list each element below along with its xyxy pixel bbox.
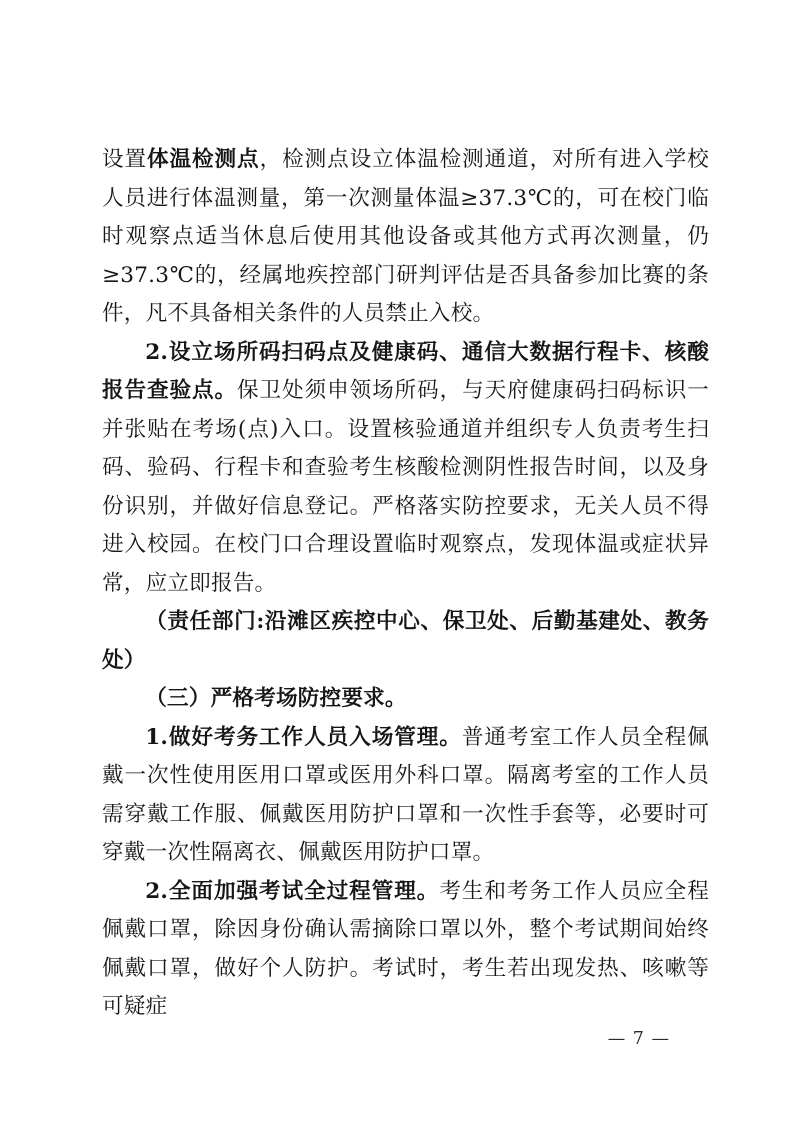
para-temperature-checkpoint: 设置体温检测点，检测点设立体温检测通道，对所有进入学校人员进行体温测量，第一次测…	[102, 141, 709, 334]
text-run: ，检测点设立体温检测通道，对所有进入学校人员进行体温测量，第一次测量体温≥37.…	[102, 147, 709, 326]
para-staff-entry-management: 1.做好考务工作人员入场管理。普通考室工作人员全程佩戴一次性使用医用口罩或医用外…	[102, 719, 709, 873]
para-section-three-heading: （三）严格考场防控要求。	[102, 680, 709, 719]
text-run: 设置	[102, 147, 147, 172]
text-run: 保卫处须申领场所码，与天府健康码扫码标识一并张贴在考场(点)入口。设置核验通道并…	[102, 378, 709, 596]
para-responsible-departments: （责任部门:沿滩区疾控中心、保卫处、后勤基建处、教务处）	[102, 603, 709, 680]
page-number: — 7 —	[0, 1028, 670, 1050]
document-body: 设置体温检测点，检测点设立体温检测通道，对所有进入学校人员进行体温测量，第一次测…	[102, 141, 709, 1027]
bold-text-run: 2.全面加强考试全过程管理。	[145, 879, 439, 904]
document-page: 设置体温检测点，检测点设立体温检测通道，对所有进入学校人员进行体温测量，第一次测…	[0, 0, 792, 1121]
para-whole-process-management: 2.全面加强考试全过程管理。考生和考务工作人员应全程佩戴口罩，除因身份确认需摘除…	[102, 873, 709, 1027]
bold-text-run: 体温检测点	[147, 147, 260, 172]
bold-text-run: （三）严格考场防控要求。	[145, 686, 407, 711]
bold-text-run: （责任部门:沿滩区疾控中心、保卫处、后勤基建处、教务处）	[102, 609, 709, 673]
para-scan-code-checkpoint: 2.设立场所码扫码点及健康码、通信大数据行程卡、核酸报告查验点。保卫处须申领场所…	[102, 334, 709, 604]
bold-text-run: 1.做好考务工作人员入场管理。	[145, 725, 462, 750]
